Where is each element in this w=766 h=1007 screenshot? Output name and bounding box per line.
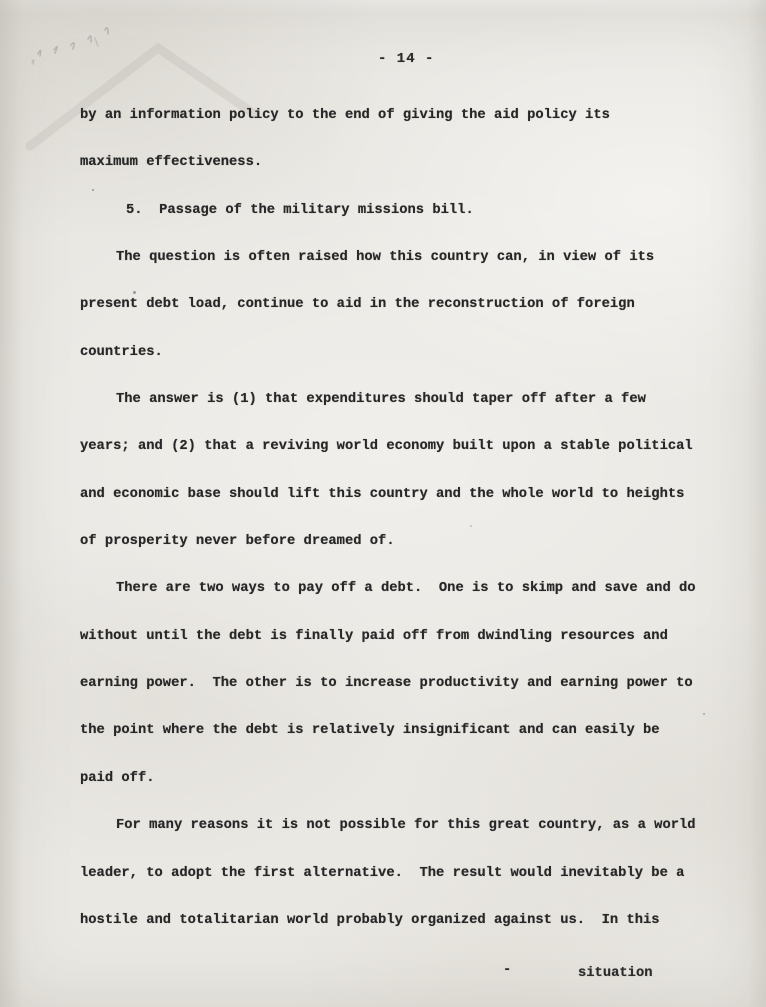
text-line: maximum effectiveness.	[80, 139, 740, 186]
catchword: situation	[578, 966, 653, 981]
text-line: years; and (2) that a reviving world eco…	[80, 423, 740, 470]
text-line-numbered-item: 5. Passage of the military missions bill…	[80, 187, 740, 234]
text-line: paid off.	[80, 755, 740, 802]
text-line: earning power. The other is to increase …	[80, 660, 740, 707]
text-line: the point where the debt is relatively i…	[80, 707, 740, 754]
text-line: For many reasons it is not possible for …	[80, 802, 740, 849]
catchword-dash: -	[503, 963, 511, 978]
catchword-line: - situation	[0, 963, 766, 985]
text-line: hostile and totalitarian world probably …	[80, 897, 740, 944]
text-line: of prosperity never before dreamed of.	[80, 518, 740, 565]
text-line: The answer is (1) that expenditures shou…	[80, 376, 740, 423]
text-line: by an information policy to the end of g…	[80, 92, 740, 139]
text-line: without until the debt is finally paid o…	[80, 613, 740, 660]
paper-speck	[133, 291, 136, 294]
page-number: - 14 -	[378, 51, 434, 67]
document-page: - 14 - by an information policy to the e…	[0, 0, 766, 1007]
text-line: leader, to adopt the first alternative. …	[80, 850, 740, 897]
text-line: present debt load, continue to aid in th…	[80, 281, 740, 328]
paper-speck	[92, 189, 94, 191]
text-line: and economic base should lift this count…	[80, 471, 740, 518]
text-line: countries.	[80, 329, 740, 376]
paper-speck	[703, 713, 705, 715]
text-line: The question is often raised how this co…	[80, 234, 740, 281]
paper-speck	[470, 525, 472, 527]
text-line: There are two ways to pay off a debt. On…	[80, 565, 740, 612]
document-body: by an information policy to the end of g…	[80, 92, 740, 944]
